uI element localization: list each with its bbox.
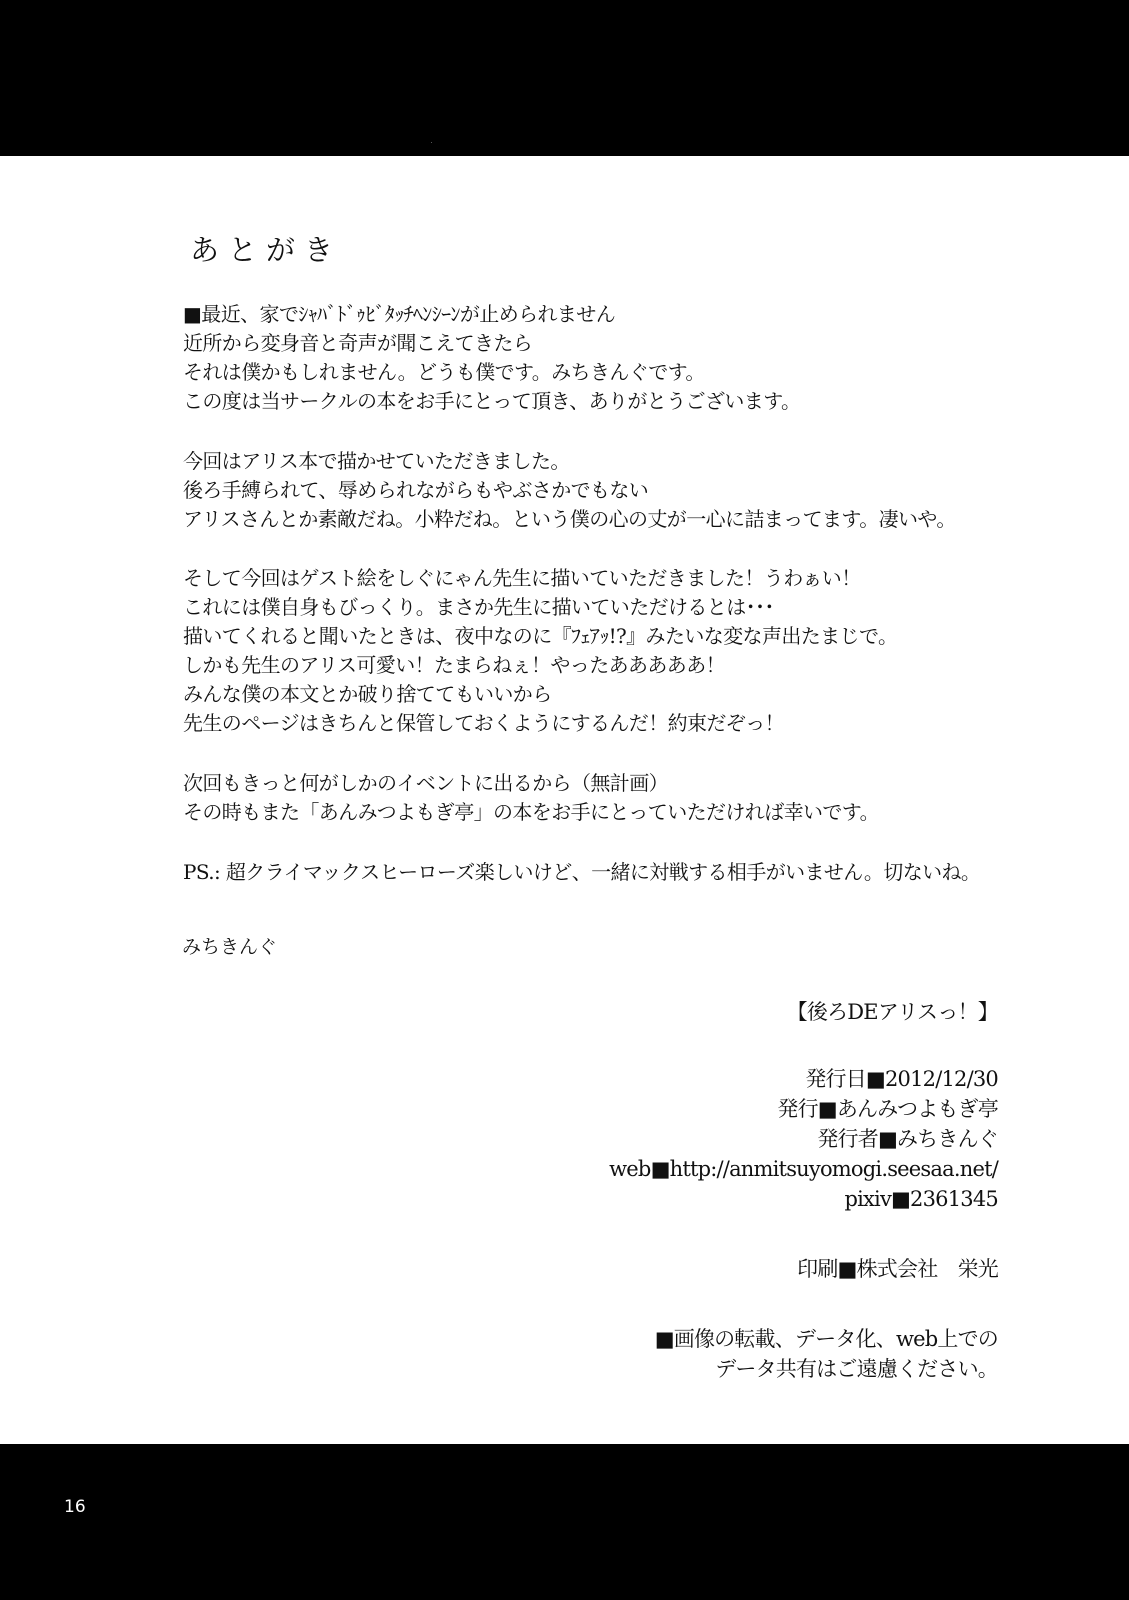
afterword-line: これには僕自身もびっくり。まさか先生に描いていただけるとは･･･ <box>183 595 774 619</box>
copyright-notice-line1: ■画像の転載、データ化、web上での <box>655 1326 998 1352</box>
afterword-line: その時もまた「あんみつよもぎ亭」の本をお手にとっていただければ幸いです。 <box>183 800 879 824</box>
publish-date: 発行日■2012/12/30 <box>805 1066 998 1092</box>
author: 発行者■みちきんぐ <box>817 1126 998 1152</box>
page-number: 16 <box>64 1497 86 1517</box>
pixiv-id: pixiv■2361345 <box>844 1186 998 1212</box>
website-url: web■http://anmitsuyomogi.seesaa.net/ <box>609 1156 998 1182</box>
book-title: 【後ろDEアリスっ！】 <box>787 999 998 1025</box>
afterword-line: アリスさんとか素敵だね。小粋だね。という僕の心の丈が一心に詰まってます。凄いや。 <box>183 507 956 531</box>
afterword-line: それは僕かもしれません。どうも僕です。みちきんぐです。 <box>183 360 705 384</box>
copyright-notice-line2: データ共有はご遠慮ください。 <box>715 1356 998 1382</box>
afterword-line: 後ろ手縛られて、辱められながらもやぶさかでもない <box>183 478 648 502</box>
afterword-line: みんな僕の本文とか破り捨ててもいいから <box>183 682 552 706</box>
afterword-line: 先生のページはきちんと保管しておくようにするんだ！約束だぞっ！ <box>183 711 784 735</box>
afterword-line: 今回はアリス本で描かせていただきました。 <box>183 449 570 473</box>
afterword-line: そして今回はゲスト絵をしぐにゃん先生に描いていただきました！うわぁい！ <box>183 566 861 590</box>
scan-speck <box>431 142 432 143</box>
postscript-line: PS.: 超クライマックスヒーローズ楽しいけど、一緒に対戦する相手がいません。切… <box>183 860 980 884</box>
printer: 印刷■株式会社 栄光 <box>797 1256 998 1282</box>
afterword-line: 次回もきっと何がしかのイベントに出るから（無計画） <box>183 771 668 795</box>
afterword-line: 近所から変身音と奇声が聞こえてきたら <box>183 331 532 355</box>
afterword-line: 描いてくれると聞いたときは、夜中なのに『ﾌｪｱｯ!?』みたいな変な声出たまじで。 <box>183 624 897 648</box>
publisher: 発行■あんみつよもぎ亭 <box>777 1096 998 1122</box>
afterword-line: この度は当サークルの本をお手にとって頂き、ありがとうございます。 <box>183 389 800 413</box>
bottom-black-band <box>0 1444 1129 1600</box>
top-black-band <box>0 0 1129 156</box>
afterword-line: ■最近、家でｼｬﾊﾞﾄﾞｩﾋﾞﾀｯﾁﾍﾝｼｰﾝが止められません <box>183 302 615 326</box>
page-title: あとがき <box>190 228 342 269</box>
afterword-line: しかも先生のアリス可愛い！たまらねぇ！やったあああああ！ <box>183 653 725 677</box>
author-signature: みちきんぐ <box>182 932 277 959</box>
